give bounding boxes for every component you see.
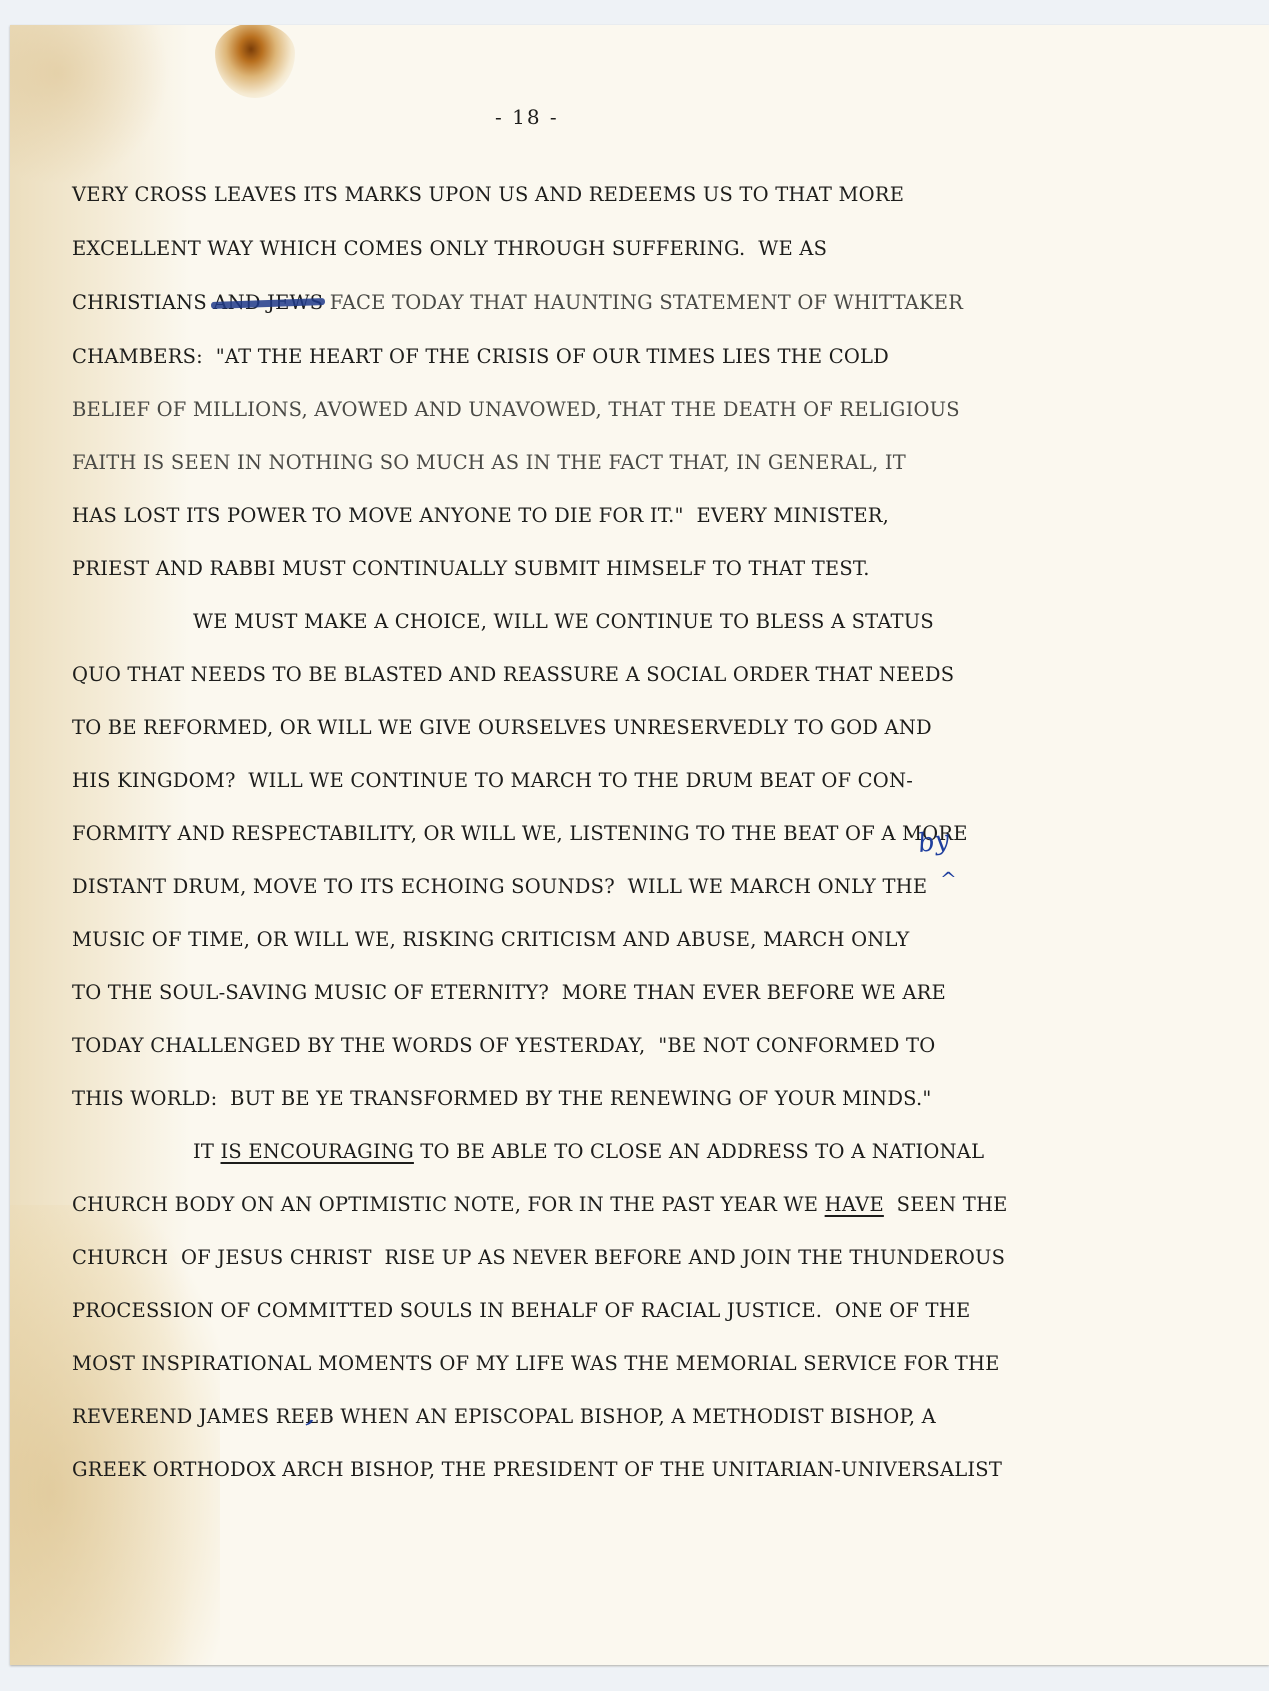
text-line: THIS WORLD: BUT BE YE TRANSFORMED BY THE…	[72, 1087, 932, 1110]
text-line: CHURCH BODY ON AN OPTIMISTIC NOTE, FOR I…	[72, 1193, 1008, 1216]
text-line: QUO THAT NEEDS TO BE BLASTED AND REASSUR…	[72, 663, 954, 686]
text-line: TO THE SOUL-SAVING MUSIC OF ETERNITY? MO…	[72, 981, 946, 1004]
text-line: REVEREND JAMES REEB WHEN AN EPISCOPAL BI…	[72, 1405, 936, 1428]
text-segment: TO BE ABLE TO CLOSE AN ADDRESS TO A NATI…	[414, 1140, 984, 1163]
text-segment: IT	[193, 1140, 221, 1163]
text-line: BELIEF OF MILLIONS, AVOWED AND UNAVOWED,…	[72, 398, 960, 421]
text-line: CHAMBERS: "AT THE HEART OF THE CRISIS OF…	[72, 345, 889, 368]
underlined-words: IS ENCOURAGING	[221, 1140, 414, 1163]
text-line: PROCESSION OF COMMITTED SOULS IN BEHALF …	[72, 1299, 970, 1322]
paragraph-start-line: WE MUST MAKE A CHOICE, WILL WE CONTINUE …	[193, 610, 934, 633]
text-line: GREEK ORTHODOX ARCH BISHOP, THE PRESIDEN…	[72, 1458, 1002, 1481]
text-line: FAITH IS SEEN IN NOTHING SO MUCH AS IN T…	[72, 451, 906, 474]
text-line: TO BE REFORMED, OR WILL WE GIVE OURSELVE…	[72, 716, 932, 739]
text-line-with-strikeout: CHRISTIANS AND JEWS FACE TODAY THAT HAUN…	[72, 291, 963, 314]
burn-stain	[215, 25, 295, 98]
text-segment: CHRISTIANS	[72, 291, 213, 314]
text-line: DISTANT DRUM, MOVE TO ITS ECHOING SOUNDS…	[72, 875, 927, 898]
text-line: FORMITY AND RESPECTABILITY, OR WILL WE, …	[72, 822, 968, 845]
struck-out-words: AND JEWS	[213, 291, 323, 314]
text-segment: SEEN THE	[884, 1193, 1008, 1216]
text-line: HIS KINGDOM? WILL WE CONTINUE TO MARCH T…	[72, 769, 913, 792]
text-line: VERY CROSS LEAVES ITS MARKS UPON US AND …	[72, 183, 904, 206]
text-line: EXCELLENT WAY WHICH COMES ONLY THROUGH S…	[72, 237, 827, 260]
document-page: - 18 - VERY CROSS LEAVES ITS MARKS UPON …	[10, 25, 1269, 1665]
text-line: CHURCH OF JESUS CHRIST RISE UP AS NEVER …	[72, 1246, 1005, 1269]
text-line: TODAY CHALLENGED BY THE WORDS OF YESTERD…	[72, 1034, 935, 1057]
paragraph-start-line: IT IS ENCOURAGING TO BE ABLE TO CLOSE AN…	[193, 1140, 984, 1163]
page-number: - 18 -	[495, 105, 559, 129]
handwritten-insert-by: by	[916, 825, 951, 859]
text-segment: FACE TODAY THAT HAUNTING STATEMENT OF WH…	[323, 291, 963, 314]
text-line: MUSIC OF TIME, OR WILL WE, RISKING CRITI…	[72, 928, 910, 951]
underlined-word: HAVE	[825, 1193, 884, 1216]
age-stain-top-left	[10, 25, 170, 185]
text-line: HAS LOST ITS POWER TO MOVE ANYONE TO DIE…	[72, 504, 889, 527]
text-line: PRIEST AND RABBI MUST CONTINUALLY SUBMIT…	[72, 557, 870, 580]
handwritten-caret-mark: ^	[940, 867, 957, 891]
text-line: MOST INSPIRATIONAL MOMENTS OF MY LIFE WA…	[72, 1352, 1000, 1375]
age-stain-bottom-left	[10, 1205, 220, 1665]
text-segment: CHURCH BODY ON AN OPTIMISTIC NOTE, FOR I…	[72, 1193, 825, 1216]
